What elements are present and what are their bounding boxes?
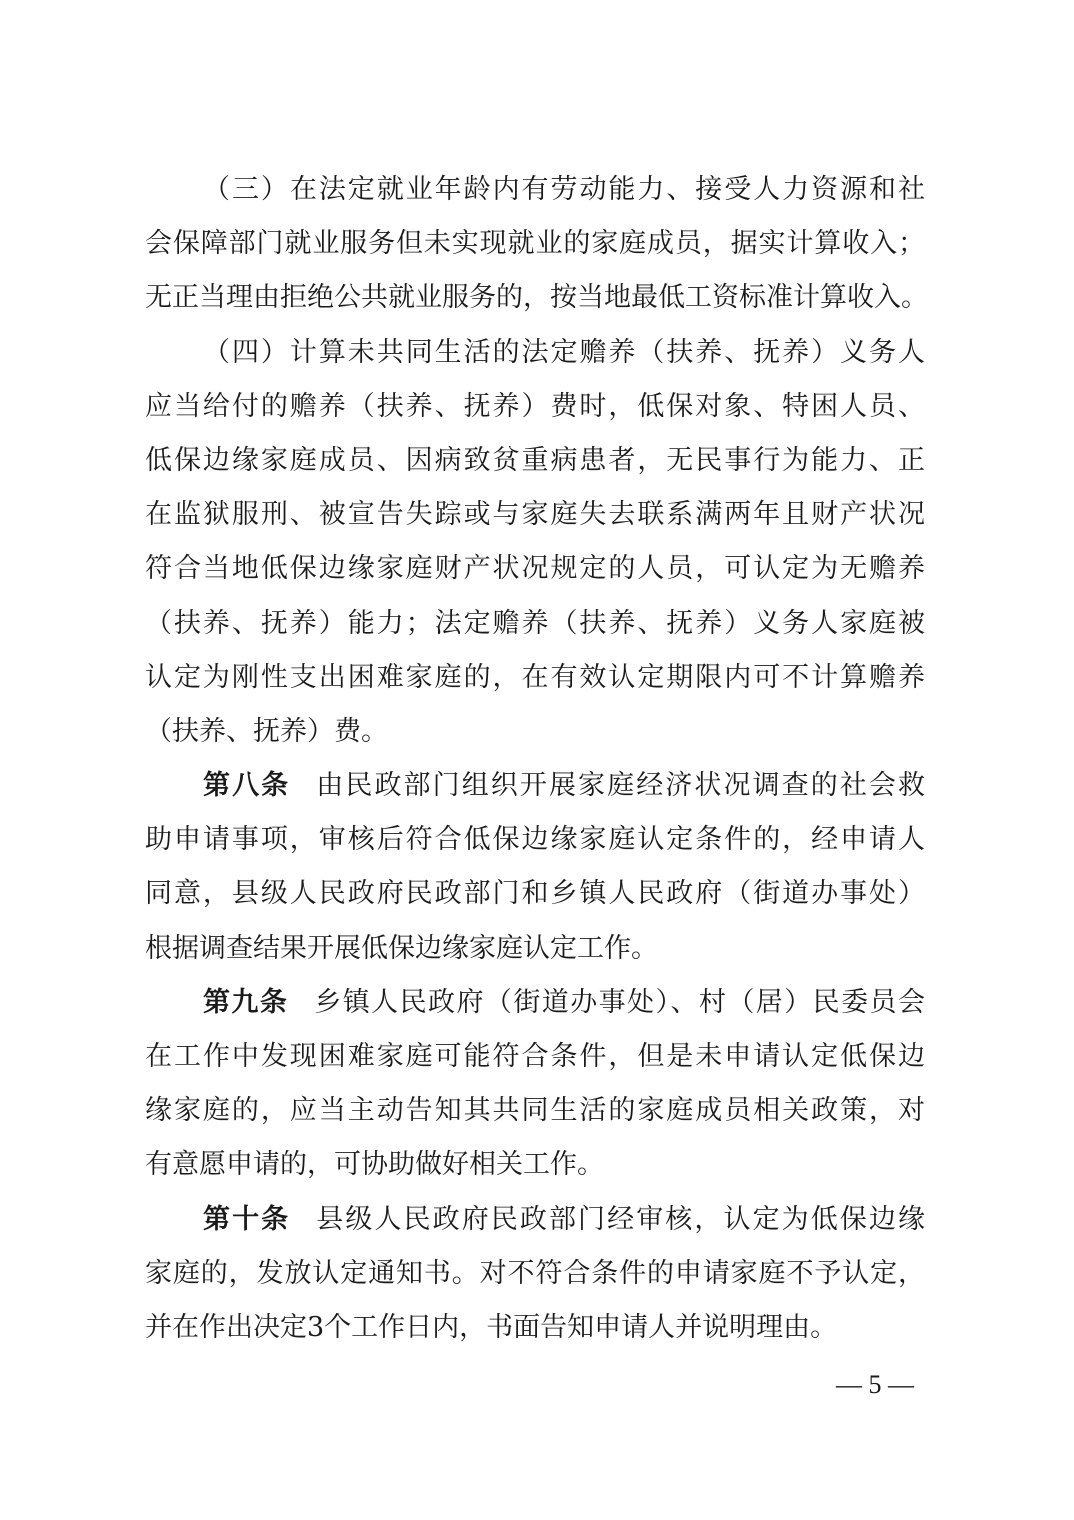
paragraph-item-4: （四）计算未共同生活的法定赡养（扶养、抚养）义务人 应当给付的赡养（扶养、抚养）… [145,326,925,760]
article-text: 由民政部门组织开展家庭经济状况调查的社会救 [316,770,925,801]
article-heading: 第十条 [203,1204,290,1235]
text-line: 助申请事项，审核后符合低保边缘家庭认定条件的，经申请人 [145,813,925,867]
text-line: 并在作出决定3个工作日内，书面告知申请人并说明理由。 [145,1301,925,1355]
paragraph-item-3: （三）在法定就业年龄内有劳动能力、接受人力资源和社 会保障部门就业服务但未实现就… [145,163,925,326]
article-text: 县级人民政府民政部门经审核，认定为低保边缘 [316,1204,925,1235]
text-line: （扶养、抚养）费。 [145,705,925,759]
text-line: 在工作中发现困难家庭可能符合条件，但是未申请认定低保边 [145,1030,925,1084]
text-line: 在监狱服刑、被宣告失踪或与家庭失去联系满两年且财产状况 [145,488,925,542]
text-line: （三）在法定就业年龄内有劳动能力、接受人力资源和社 [145,163,925,217]
text-line: 缘家庭的，应当主动告知其共同生活的家庭成员相关政策，对 [145,1084,925,1138]
page-number: — 5 — [820,1370,930,1400]
text-line: 有意愿申请的，可协助做好相关工作。 [145,1138,925,1192]
text-line: （四）计算未共同生活的法定赡养（扶养、抚养）义务人 [145,326,925,380]
article-heading: 第九条 [203,987,288,1018]
text-line: 低保边缘家庭成员、因病致贫重病患者，无民事行为能力、正 [145,434,925,488]
article-8: 第八条由民政部门组织开展家庭经济状况调查的社会救 助申请事项，审核后符合低保边缘… [145,759,925,976]
article-9: 第九条乡镇人民政府（街道办事处）、村（居）民委员会 在工作中发现困难家庭可能符合… [145,976,925,1193]
text-line: （扶养、抚养）能力；法定赡养（扶养、抚养）义务人家庭被 [145,597,925,651]
text-line: 家庭的，发放认定通知书。对不符合条件的申请家庭不予认定， [145,1247,925,1301]
document-page: （三）在法定就业年龄内有劳动能力、接受人力资源和社 会保障部门就业服务但未实现就… [145,163,925,1355]
article-text: 乡镇人民政府（街道办事处）、村（居）民委员会 [314,987,925,1018]
text-line: 第八条由民政部门组织开展家庭经济状况调查的社会救 [145,759,925,813]
text-line: 同意，县级人民政府民政部门和乡镇人民政府（街道办事处） [145,867,925,921]
article-heading: 第八条 [203,770,290,801]
text-line: 第十条县级人民政府民政部门经审核，认定为低保边缘 [145,1193,925,1247]
text-line: 无正当理由拒绝公共就业服务的，按当地最低工资标准计算收入。 [145,271,925,325]
text-line: 认定为刚性支出困难家庭的，在有效认定期限内可不计算赡养 [145,651,925,705]
text-line: 应当给付的赡养（扶养、抚养）费时，低保对象、特困人员、 [145,380,925,434]
text-line: 符合当地低保边缘家庭财产状况规定的人员，可认定为无赡养 [145,542,925,596]
text-line: 根据调查结果开展低保边缘家庭认定工作。 [145,922,925,976]
article-10: 第十条县级人民政府民政部门经审核，认定为低保边缘 家庭的，发放认定通知书。对不符… [145,1193,925,1356]
text-line: 会保障部门就业服务但未实现就业的家庭成员，据实计算收入； [145,217,925,271]
text-line: 第九条乡镇人民政府（街道办事处）、村（居）民委员会 [145,976,925,1030]
